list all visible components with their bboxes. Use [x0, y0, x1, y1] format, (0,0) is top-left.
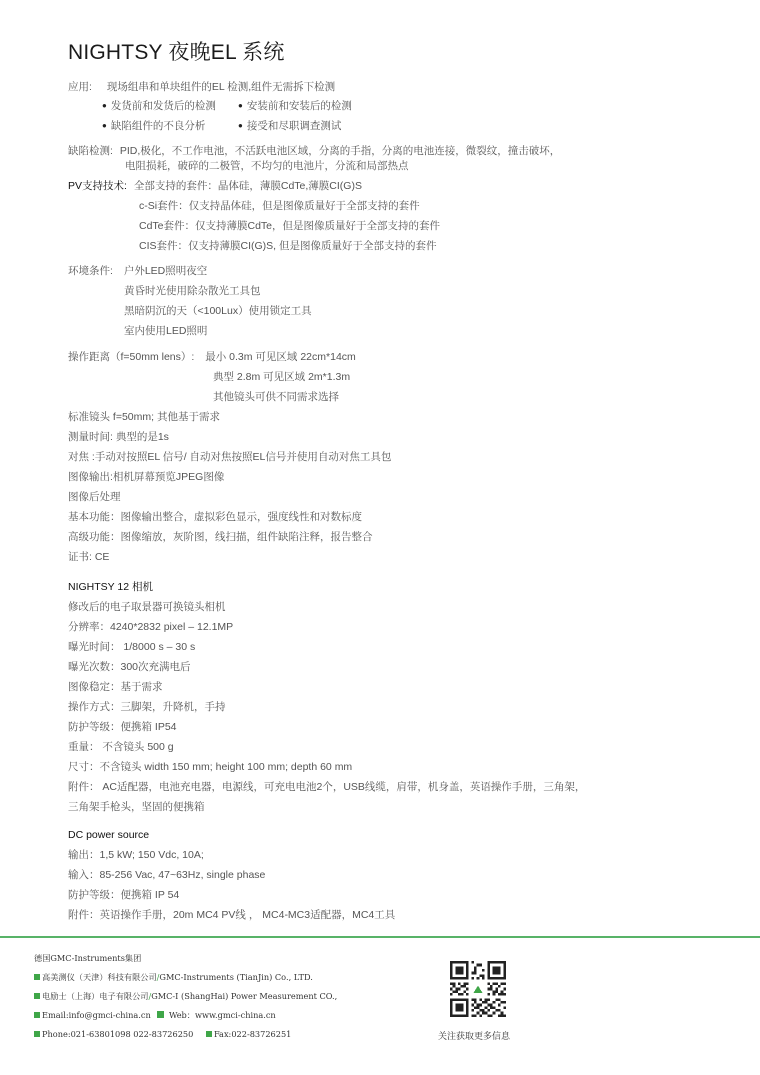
operating-distance-text: 最小 0.3m 可见区域 22cm*14cm	[205, 351, 356, 363]
camera-accessories: 附件： AC适配器，电池充电器，电源线，可充电电池2个，USB线缆，肩带，机身盖…	[68, 780, 585, 794]
page-title: NIGHTSY 夜晚EL 系统	[68, 36, 285, 66]
spec-certificate: 证书: CE	[68, 550, 109, 564]
pv-support-row: PV支持技术: 全部支持的套件：晶体硅，薄膜CdTe,薄膜CI(G)S	[68, 179, 362, 193]
operating-distance-line: 其他镜头可供不同需求选择	[213, 390, 339, 404]
pv-support-text: 全部支持的套件：晶体硅，薄膜CdTe,薄膜CI(G)S	[134, 180, 362, 192]
operating-distance-line: 典型 2.8m 可见区域 2m*1.3m	[213, 370, 350, 384]
spec-image-output: 图像输出:相机屏幕预览JPEG图像	[68, 470, 224, 484]
camera-operation: 操作方式：三脚架，升降机，手持	[68, 700, 226, 714]
camera-protection: 防护等级：便携箱 IP54	[68, 720, 177, 734]
operating-distance-row: 操作距离（f=50mm lens）: 最小 0.3m 可见区域 22cm*14c…	[68, 350, 356, 364]
footer-phone: Phone:021-63801098 022-83726250	[42, 1029, 193, 1039]
camera-accessories-cont: 三角架手枪头，坚固的便携箱	[68, 800, 205, 814]
green-square-icon	[206, 1031, 212, 1037]
camera-line: 修改后的电子取景器可换镜头相机	[68, 600, 226, 614]
application-label: 应用:	[68, 81, 92, 93]
pv-support-line: CIS套件：仅支持薄膜CI(G)S, 但是图像质量好于全部支持的套件	[139, 239, 437, 253]
footer-company-shanghai: 电励士（上海）电子有限公司/GMC-I (ShangHai) Power Mea…	[34, 990, 337, 1002]
pv-support-line: c-Si套件：仅支持晶体硅，但是图像质量好于全部支持的套件	[139, 199, 420, 213]
dc-power-input: 输入：85-256 Vac, 47~63Hz, single phase	[68, 868, 265, 882]
camera-heading: NIGHTSY 12 相机	[68, 580, 153, 594]
camera-weight: 重量： 不含镜头 500 g	[68, 740, 174, 754]
environment-text: 户外LED照明夜空	[124, 265, 207, 277]
application-bullet: 发货前和发货后的检测	[102, 99, 216, 114]
pv-support-label: PV支持技术:	[68, 180, 127, 192]
defect-detection-text: PID,极化，不工作电池，不活跃电池区域，分离的手指，分离的电池连接，微裂纹，撞…	[120, 145, 560, 157]
spec-focus: 对焦 :手动对按照EL 信号/ 自动对焦按照EL信号并使用自动对焦工具包	[68, 450, 391, 464]
dc-power-protection: 防护等级：便携箱 IP 54	[68, 888, 179, 902]
application-bullet: 安装前和安装后的检测	[238, 99, 352, 114]
defect-detection-text-cont: 电阻损耗，破碎的二极管，不均匀的电池片，分流和局部热点	[125, 159, 409, 173]
footer-email[interactable]: Email:info@gmci-china.cn	[42, 1010, 151, 1020]
green-square-icon	[34, 974, 40, 980]
spec-measurement-time: 测量时间: 典型的是1s	[68, 430, 169, 444]
spec-basic-functions: 基本功能：图像输出整合，虚拟彩色显示，强度线性和对数标度	[68, 510, 362, 524]
camera-dimensions: 尺寸：不含镜头 width 150 mm; height 100 mm; dep…	[68, 760, 352, 774]
camera-stabilization: 图像稳定：基于需求	[68, 680, 163, 694]
dc-power-heading: DC power source	[68, 828, 149, 842]
environment-label: 环境条件:	[68, 265, 113, 277]
pv-support-line: CdTe套件：仅支持薄膜CdTe，但是图像质量好于全部支持的套件	[139, 219, 440, 233]
environment-line: 黄昏时光使用除杂散光工具包	[124, 284, 261, 298]
footer-divider	[0, 936, 760, 938]
defect-detection-row: 缺陷检测: PID,极化，不工作电池，不活跃电池区域，分离的手指，分离的电池连接…	[68, 144, 560, 158]
dc-power-output: 输出：1,5 kW; 150 Vdc, 10A;	[68, 848, 204, 862]
defect-detection-label: 缺陷检测:	[68, 145, 113, 157]
application-text: 现场组串和单块组件的EL 检测,组件无需拆下检测	[107, 81, 335, 93]
application-bullet: 缺陷组件的不良分析	[102, 119, 205, 134]
qr-caption: 关注获取更多信息	[438, 1029, 510, 1042]
environment-line: 室内使用LED照明	[124, 324, 207, 338]
footer-fax: Fax:022-83726251	[214, 1029, 291, 1039]
green-square-icon	[157, 1011, 164, 1018]
operating-distance-label: 操作距离（f=50mm lens）:	[68, 351, 194, 363]
green-square-icon	[34, 993, 40, 999]
application-bullet: 接受和尽职调查测试	[238, 119, 341, 134]
footer-group: 德国GMC-Instruments集团	[34, 952, 141, 964]
environment-line: 黑暗阴沉的天（<100Lux）使用锁定工具	[124, 304, 312, 318]
camera-exposure-time: 曝光时间： 1/8000 s – 30 s	[68, 640, 195, 654]
environment-row: 环境条件: 户外LED照明夜空	[68, 264, 207, 278]
footer-contact-web: Email:info@gmci-china.cn Web：www.gmci-ch…	[34, 1009, 276, 1021]
spec-post-processing: 图像后处理	[68, 490, 121, 504]
green-square-icon	[34, 1031, 40, 1037]
footer-web[interactable]: Web：www.gmci-china.cn	[169, 1010, 276, 1020]
application-row: 应用: 现场组串和单块组件的EL 检测,组件无需拆下检测	[68, 80, 335, 94]
camera-resolution: 分辨率：4240*2832 pixel – 12.1MP	[68, 620, 233, 634]
dc-power-accessories: 附件：英语操作手册，20m MC4 PV线 ， MC4-MC3适配器，MC4工具	[68, 908, 395, 922]
qr-code-icon[interactable]	[450, 961, 506, 1017]
green-square-icon	[34, 1012, 40, 1018]
camera-exposure-count: 曝光次数：300次充满电后	[68, 660, 191, 674]
spec-advanced-functions: 高级功能：图像缩放，灰阶图，线扫描，组件缺陷注释，报告整合	[68, 530, 373, 544]
footer-contact-phone: Phone:021-63801098 022-83726250 Fax:022-…	[34, 1028, 291, 1040]
footer-company-tianjin: 高美测仪（天津）科技有限公司/GMC-Instruments (TianJin)…	[34, 971, 313, 983]
spec-standard-lens: 标准镜头 f=50mm; 其他基于需求	[68, 410, 220, 424]
